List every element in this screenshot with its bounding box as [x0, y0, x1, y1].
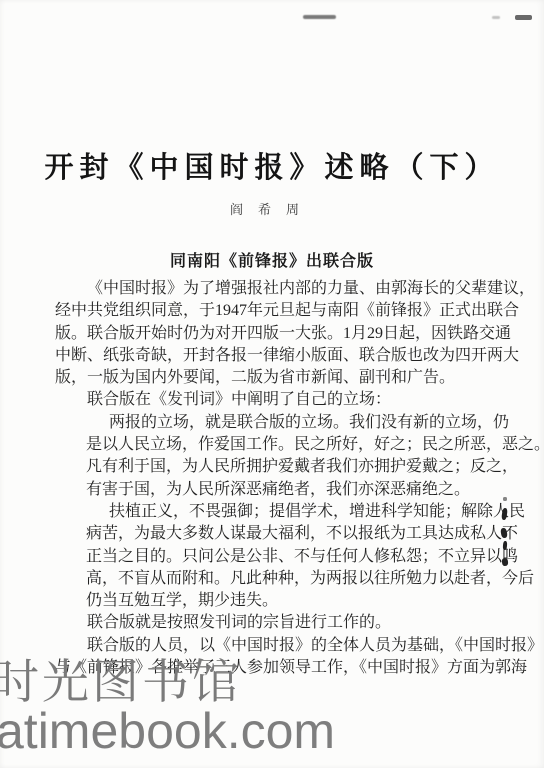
- margin-ink-mark: [502, 558, 509, 567]
- quote-line: 是以人民立场，作爱国工作。民之所好，好之；民之所恶，恶之。: [86, 434, 491, 456]
- watermark-site-url: atimebook.com: [0, 706, 335, 756]
- quote-line: 扶植正义，不畏强御；提倡学术，增进科学知能；解除人民: [86, 501, 491, 523]
- text-line: 《中国时报》为了增强报社内部的力量、由郭海长的父辈建议，: [55, 278, 491, 300]
- quote-line: 正当之目的。只问公是公非、不与任何人修私怨；不立异以鸣: [86, 546, 491, 568]
- text-line: 联合版的人员，以《中国时报》的全体人员为基础，《中国时报》: [55, 635, 491, 657]
- text-line: 联合版在《发刊词》中阐明了自己的立场：: [55, 389, 491, 411]
- text-line: 中断、纸张奇缺，开封各报一律缩小版面、联合版也改为四开两大: [55, 345, 491, 367]
- scanned-document-page: 开封《中国时报》述略（下） 阎希周 同南阳《前锋报》出联合版 《中国时报》为了增…: [0, 0, 544, 768]
- scan-artifact-dash: [303, 15, 336, 19]
- article-body: 《中国时报》为了增强报社内部的力量、由郭海长的父辈建议， 经中共党组织同意，于1…: [55, 278, 491, 679]
- quote-line: 仍当互勉互学，期少违失。: [86, 590, 491, 612]
- text-line: 版。联合版开始时仍为对开四版一大张。1月29日起，因铁路交通: [55, 323, 491, 345]
- watermark-site-name: 时光图书馆: [0, 656, 242, 708]
- section-heading: 同南阳《前锋报》出联合版: [0, 248, 544, 271]
- quote-line: 有害于国，为人民所深恶痛绝者，我们亦深恶痛绝之。: [86, 479, 491, 501]
- text-line: 版，一版为国内外要闻，二版为省市新闻、副刊和广告。: [55, 367, 491, 389]
- scan-artifact-dash: [515, 15, 532, 20]
- article-title: 开封《中国时报》述略（下）: [0, 145, 544, 186]
- text-line: 联合版就是按照发刊词的宗旨进行工作的。: [55, 612, 491, 634]
- text-line: 经中共党组织同意，于1947年元旦起与南阳《前锋报》正式出联合: [55, 300, 491, 322]
- quote-line: 高，不盲从而附和。凡此种种，为两报以往所勉力以赴者，今后: [86, 568, 491, 590]
- quote-line: 凡有利于国，为人民所拥护爱戴者我们亦拥护爱戴之；反之，: [86, 456, 491, 478]
- quote-line: 两报的立场，就是联合版的立场。我们没有新的立场，仍: [86, 412, 491, 434]
- margin-ink-mark: [503, 497, 507, 501]
- quote-line: 病苦，为最大多数人谋最大福利，不以报纸为工具达成私人不: [86, 523, 491, 545]
- article-author: 阎希周: [0, 199, 544, 218]
- scan-artifact-dash: [492, 16, 500, 19]
